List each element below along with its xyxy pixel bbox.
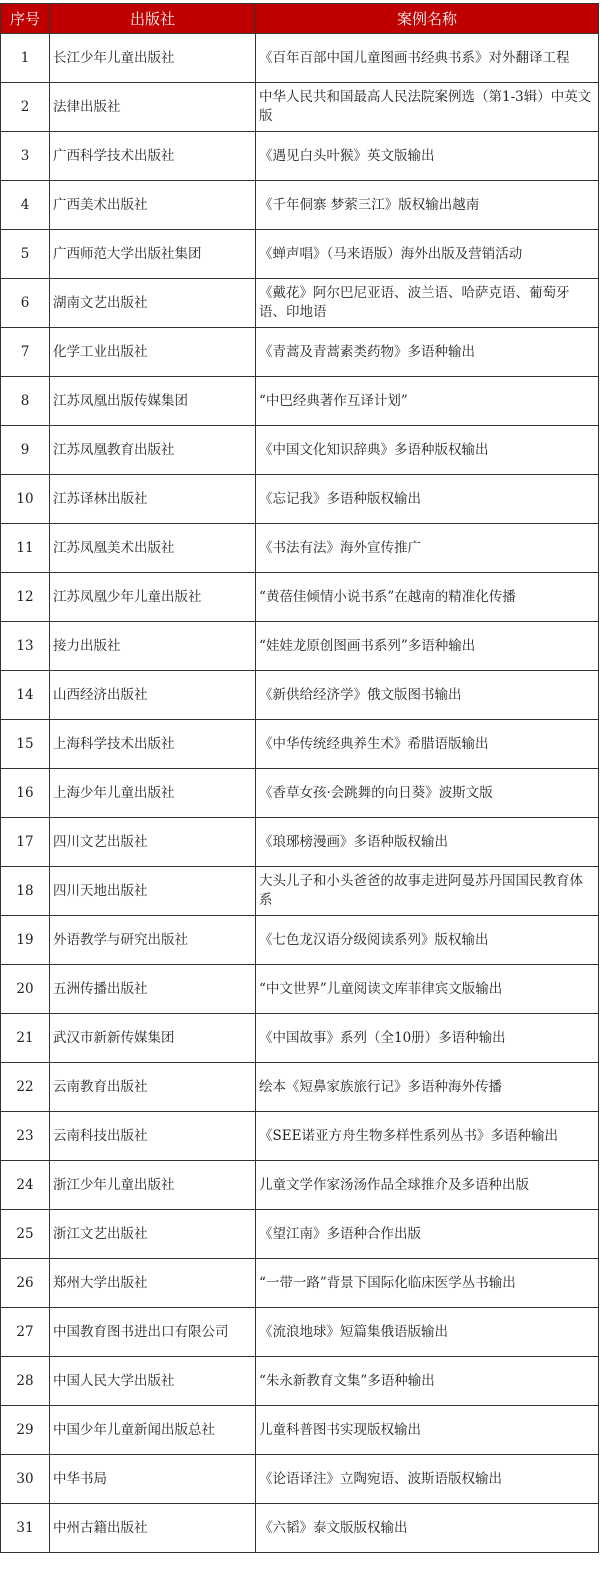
row-index: 13 (1, 622, 50, 671)
row-index: 20 (1, 965, 50, 1014)
table-row: 23云南科技出版社《SEE诺亚方舟生物多样性系列丛书》多语种输出 (1, 1112, 599, 1161)
table-row: 2法律出版社中华人民共和国最高人民法院案例选（第1-3辑）中英文版 (1, 83, 599, 132)
row-publisher: 长江少年儿童出版社 (50, 34, 256, 83)
header-index: 序号 (1, 4, 50, 34)
row-publisher: 五洲传播出版社 (50, 965, 256, 1014)
row-case-name: “朱永新教育文集”多语种输出 (256, 1357, 599, 1406)
row-publisher: 中国教育图书进出口有限公司 (50, 1308, 256, 1357)
table-row: 26郑州大学出版社“一带一路”背景下国际化临床医学丛书输出 (1, 1259, 599, 1308)
row-publisher: 化学工业出版社 (50, 328, 256, 377)
row-index: 22 (1, 1063, 50, 1112)
row-index: 30 (1, 1455, 50, 1504)
row-index: 9 (1, 426, 50, 475)
row-index: 15 (1, 720, 50, 769)
row-index: 12 (1, 573, 50, 622)
row-index: 11 (1, 524, 50, 573)
row-index: 16 (1, 769, 50, 818)
table-row: 11江苏凤凰美术出版社《书法有法》海外宣传推广 (1, 524, 599, 573)
table-row: 19外语教学与研究出版社《七色龙汉语分级阅读系列》版权输出 (1, 916, 599, 965)
table-row: 18四川天地出版社大头儿子和小头爸爸的故事走进阿曼苏丹国国民教育体系 (1, 867, 599, 916)
table-row: 8江苏凤凰出版传媒集团“中巴经典著作互译计划” (1, 377, 599, 426)
row-index: 25 (1, 1210, 50, 1259)
row-case-name: “中巴经典著作互译计划” (256, 377, 599, 426)
row-publisher: 浙江文艺出版社 (50, 1210, 256, 1259)
table-row: 4广西美术出版社《千年侗寨 梦萦三江》版权输出越南 (1, 181, 599, 230)
row-publisher: 江苏凤凰美术出版社 (50, 524, 256, 573)
row-case-name: 《中国文化知识辞典》多语种版权输出 (256, 426, 599, 475)
row-case-name: 儿童文学作家汤汤作品全球推介及多语种出版 (256, 1161, 599, 1210)
row-case-name: 《中国故事》系列（全10册）多语种输出 (256, 1014, 599, 1063)
row-index: 8 (1, 377, 50, 426)
row-publisher: 浙江少年儿童出版社 (50, 1161, 256, 1210)
row-case-name: 《书法有法》海外宣传推广 (256, 524, 599, 573)
row-index: 26 (1, 1259, 50, 1308)
row-case-name: 《SEE诺亚方舟生物多样性系列丛书》多语种输出 (256, 1112, 599, 1161)
row-publisher: 江苏凤凰教育出版社 (50, 426, 256, 475)
table-row: 16上海少年儿童出版社《香草女孩·会跳舞的向日葵》波斯文版 (1, 769, 599, 818)
row-case-name: 《蝉声唱》（马来语版）海外出版及营销活动 (256, 230, 599, 279)
row-publisher: 山西经济出版社 (50, 671, 256, 720)
row-publisher: 武汉市新新传媒集团 (50, 1014, 256, 1063)
row-index: 14 (1, 671, 50, 720)
table-row: 24浙江少年儿童出版社儿童文学作家汤汤作品全球推介及多语种出版 (1, 1161, 599, 1210)
row-publisher: 湖南文艺出版社 (50, 279, 256, 328)
row-publisher: 广西师范大学出版社集团 (50, 230, 256, 279)
row-publisher: 中国少年儿童新闻出版总社 (50, 1406, 256, 1455)
row-case-name: 《中华传统经典养生术》希腊语版输出 (256, 720, 599, 769)
table-row: 20五洲传播出版社“中文世界”儿童阅读文库菲律宾文版输出 (1, 965, 599, 1014)
row-index: 5 (1, 230, 50, 279)
row-publisher: 云南科技出版社 (50, 1112, 256, 1161)
row-case-name: 《遇见白头叶猴》英文版输出 (256, 132, 599, 181)
table-row: 12江苏凤凰少年儿童出版社“黄蓓佳倾情小说书系”在越南的精准化传播 (1, 573, 599, 622)
row-index: 28 (1, 1357, 50, 1406)
row-publisher: 江苏译林出版社 (50, 475, 256, 524)
row-publisher: 中州古籍出版社 (50, 1504, 256, 1553)
row-case-name: 《琅琊榜漫画》多语种版权输出 (256, 818, 599, 867)
row-publisher: 郑州大学出版社 (50, 1259, 256, 1308)
row-case-name: 大头儿子和小头爸爸的故事走进阿曼苏丹国国民教育体系 (256, 867, 599, 916)
row-publisher: 外语教学与研究出版社 (50, 916, 256, 965)
row-case-name: 中华人民共和国最高人民法院案例选（第1-3辑）中英文版 (256, 83, 599, 132)
row-publisher: 上海少年儿童出版社 (50, 769, 256, 818)
row-publisher: 中国人民大学出版社 (50, 1357, 256, 1406)
row-publisher: 法律出版社 (50, 83, 256, 132)
row-index: 2 (1, 83, 50, 132)
row-case-name: 《忘记我》多语种版权输出 (256, 475, 599, 524)
row-publisher: 广西科学技术出版社 (50, 132, 256, 181)
row-publisher: 上海科学技术出版社 (50, 720, 256, 769)
row-index: 21 (1, 1014, 50, 1063)
row-case-name: 《望江南》多语种合作出版 (256, 1210, 599, 1259)
row-case-name: 《七色龙汉语分级阅读系列》版权输出 (256, 916, 599, 965)
table-body: 1长江少年儿童出版社《百年百部中国儿童图画书经典书系》对外翻译工程2法律出版社中… (1, 34, 599, 1553)
row-case-name: “一带一路”背景下国际化临床医学丛书输出 (256, 1259, 599, 1308)
row-index: 1 (1, 34, 50, 83)
table-row: 17四川文艺出版社《琅琊榜漫画》多语种版权输出 (1, 818, 599, 867)
row-index: 31 (1, 1504, 50, 1553)
row-case-name: 《千年侗寨 梦萦三江》版权输出越南 (256, 181, 599, 230)
row-publisher: 云南教育出版社 (50, 1063, 256, 1112)
row-index: 24 (1, 1161, 50, 1210)
table-row: 21武汉市新新传媒集团《中国故事》系列（全10册）多语种输出 (1, 1014, 599, 1063)
table-row: 31中州古籍出版社《六韬》泰文版版权输出 (1, 1504, 599, 1553)
row-case-name: 《流浪地球》短篇集俄语版输出 (256, 1308, 599, 1357)
table-row: 7化学工业出版社《青蒿及青蒿素类药物》多语种输出 (1, 328, 599, 377)
table-row: 28中国人民大学出版社“朱永新教育文集”多语种输出 (1, 1357, 599, 1406)
table-row: 29中国少年儿童新闻出版总社儿童科普图书实现版权输出 (1, 1406, 599, 1455)
table-row: 25浙江文艺出版社《望江南》多语种合作出版 (1, 1210, 599, 1259)
row-index: 23 (1, 1112, 50, 1161)
header-publisher: 出版社 (50, 4, 256, 34)
row-publisher: 接力出版社 (50, 622, 256, 671)
table-header-row: 序号 出版社 案例名称 (1, 4, 599, 34)
table-row: 10江苏译林出版社《忘记我》多语种版权输出 (1, 475, 599, 524)
row-index: 19 (1, 916, 50, 965)
table-row: 6湖南文艺出版社《戴花》阿尔巴尼亚语、波兰语、哈萨克语、葡萄牙语、印地语 (1, 279, 599, 328)
row-case-name: 《论语译注》立陶宛语、波斯语版权输出 (256, 1455, 599, 1504)
table-row: 13接力出版社“娃娃龙原创图画书系列”多语种输出 (1, 622, 599, 671)
table-row: 9江苏凤凰教育出版社《中国文化知识辞典》多语种版权输出 (1, 426, 599, 475)
row-case-name: “中文世界”儿童阅读文库菲律宾文版输出 (256, 965, 599, 1014)
row-index: 18 (1, 867, 50, 916)
publishing-cases-table: 序号 出版社 案例名称 1长江少年儿童出版社《百年百部中国儿童图画书经典书系》对… (0, 3, 599, 1553)
row-publisher: 中华书局 (50, 1455, 256, 1504)
row-publisher: 广西美术出版社 (50, 181, 256, 230)
table-row: 3广西科学技术出版社《遇见白头叶猴》英文版输出 (1, 132, 599, 181)
row-index: 17 (1, 818, 50, 867)
row-case-name: 《新供给经济学》俄文版图书输出 (256, 671, 599, 720)
row-publisher: 江苏凤凰少年儿童出版社 (50, 573, 256, 622)
row-case-name: 《百年百部中国儿童图画书经典书系》对外翻译工程 (256, 34, 599, 83)
table-row: 1长江少年儿童出版社《百年百部中国儿童图画书经典书系》对外翻译工程 (1, 34, 599, 83)
row-publisher: 江苏凤凰出版传媒集团 (50, 377, 256, 426)
table-row: 22云南教育出版社绘本《短鼻家族旅行记》多语种海外传播 (1, 1063, 599, 1112)
table-row: 14山西经济出版社《新供给经济学》俄文版图书输出 (1, 671, 599, 720)
row-case-name: 儿童科普图书实现版权输出 (256, 1406, 599, 1455)
row-case-name: 《青蒿及青蒿素类药物》多语种输出 (256, 328, 599, 377)
row-case-name: “娃娃龙原创图画书系列”多语种输出 (256, 622, 599, 671)
table-row: 15上海科学技术出版社《中华传统经典养生术》希腊语版输出 (1, 720, 599, 769)
table-row: 30中华书局《论语译注》立陶宛语、波斯语版权输出 (1, 1455, 599, 1504)
row-case-name: 《戴花》阿尔巴尼亚语、波兰语、哈萨克语、葡萄牙语、印地语 (256, 279, 599, 328)
row-index: 10 (1, 475, 50, 524)
row-index: 6 (1, 279, 50, 328)
row-case-name: 《香草女孩·会跳舞的向日葵》波斯文版 (256, 769, 599, 818)
row-index: 4 (1, 181, 50, 230)
row-publisher: 四川文艺出版社 (50, 818, 256, 867)
row-index: 29 (1, 1406, 50, 1455)
row-index: 7 (1, 328, 50, 377)
row-publisher: 四川天地出版社 (50, 867, 256, 916)
row-index: 3 (1, 132, 50, 181)
row-case-name: 《六韬》泰文版版权输出 (256, 1504, 599, 1553)
row-case-name: “黄蓓佳倾情小说书系”在越南的精准化传播 (256, 573, 599, 622)
row-index: 27 (1, 1308, 50, 1357)
case-table-container: 序号 出版社 案例名称 1长江少年儿童出版社《百年百部中国儿童图画书经典书系》对… (0, 3, 598, 1553)
table-row: 5广西师范大学出版社集团《蝉声唱》（马来语版）海外出版及营销活动 (1, 230, 599, 279)
row-case-name: 绘本《短鼻家族旅行记》多语种海外传播 (256, 1063, 599, 1112)
header-case-name: 案例名称 (256, 4, 599, 34)
table-row: 27中国教育图书进出口有限公司《流浪地球》短篇集俄语版输出 (1, 1308, 599, 1357)
